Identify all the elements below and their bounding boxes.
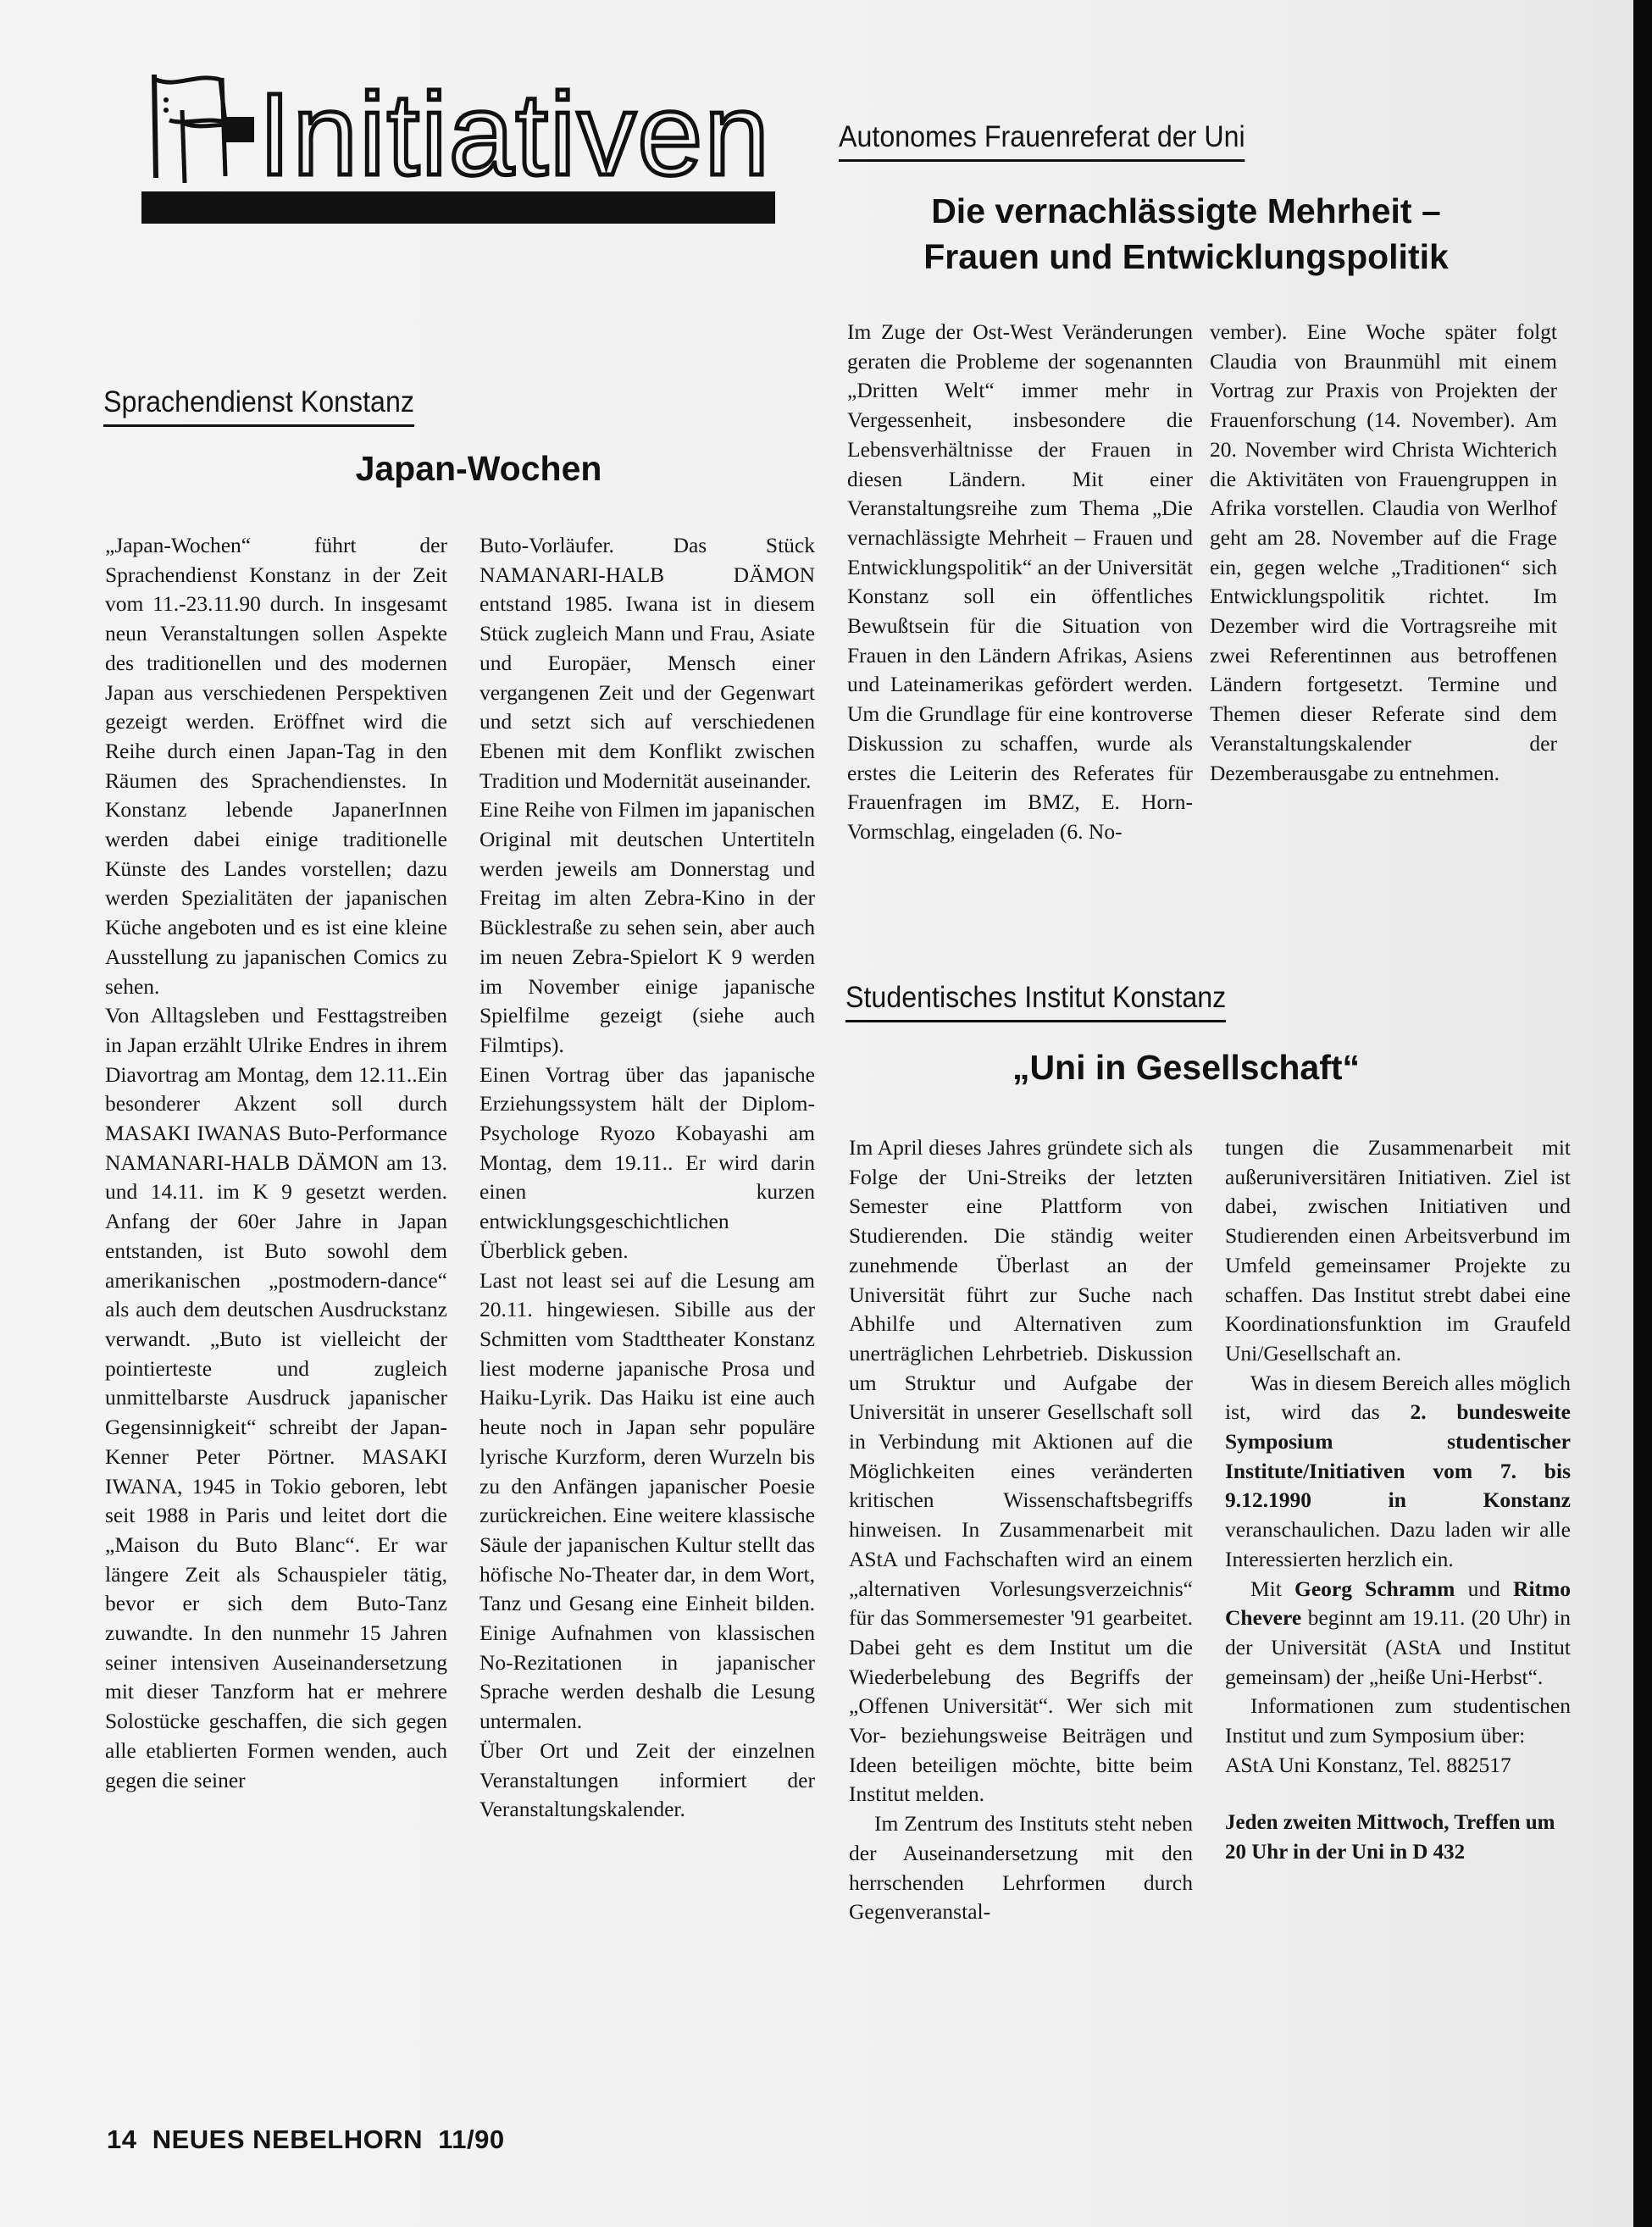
- page-footer: 14 NEUES NEBELHORN 11/90: [107, 2125, 505, 2155]
- kicker-frauenreferat: Autonomes Frauenreferat der Uni: [839, 120, 1245, 162]
- kicker-studentisches-institut: Studentisches Institut Konstanz: [845, 981, 1226, 1022]
- symposium-paragraph: Was in diesem Bereich alles möglich ist,…: [1225, 1369, 1571, 1575]
- frauen-column-1: Im Zuge der Ost-West Veränderungen gerat…: [847, 318, 1193, 847]
- section-title: Initiativen: [258, 76, 771, 193]
- uni-column-2: tungen die Zusammenarbeit mit außerunive…: [1225, 1133, 1571, 1868]
- headline-uni: „Uni in Gesellschaft“: [881, 1046, 1491, 1089]
- headline-line-2: Frauen und Entwicklungspolitik: [881, 234, 1491, 280]
- uni-column-1: Im April dieses Jahres gründete sich als…: [849, 1133, 1193, 1927]
- magazine-page: Initiativen Autonomes Frauenreferat der …: [0, 0, 1633, 2227]
- kicker-sprachendienst: Sprachendienst Konstanz: [103, 385, 414, 427]
- issue-number: 11/90: [438, 2125, 504, 2154]
- headline-line-1: Die vernachlässigte Mehrheit –: [881, 188, 1491, 234]
- headline-japan: Japan-Wochen: [280, 447, 678, 490]
- frauen-column-2: vember). Eine Woche später folgt Claudia…: [1210, 318, 1557, 788]
- section-logo: Initiativen: [140, 51, 809, 220]
- japan-column-1: „Japan-Wochen“ führt der Sprachendienst …: [105, 531, 447, 1795]
- japan-column-2: Buto-Vorläufer. Das Stück NAMANARI-HALB …: [480, 531, 815, 1825]
- page-number: 14: [107, 2125, 136, 2154]
- headline-frauen: Die vernachlässigte Mehrheit – Frauen un…: [881, 188, 1491, 280]
- event-paragraph: Mit Georg Schramm und Ritmo Chevere begi…: [1225, 1575, 1571, 1692]
- flag-icon: [144, 69, 271, 188]
- meeting-notice: Jeden zweiten Mittwoch, Treffen um 20 Uh…: [1225, 1809, 1571, 1867]
- logo-underline-bar: [141, 191, 775, 224]
- publication-name: NEUES NEBELHORN: [152, 2125, 423, 2154]
- contact-line: AStA Uni Konstanz, Tel. 882517: [1225, 1751, 1571, 1781]
